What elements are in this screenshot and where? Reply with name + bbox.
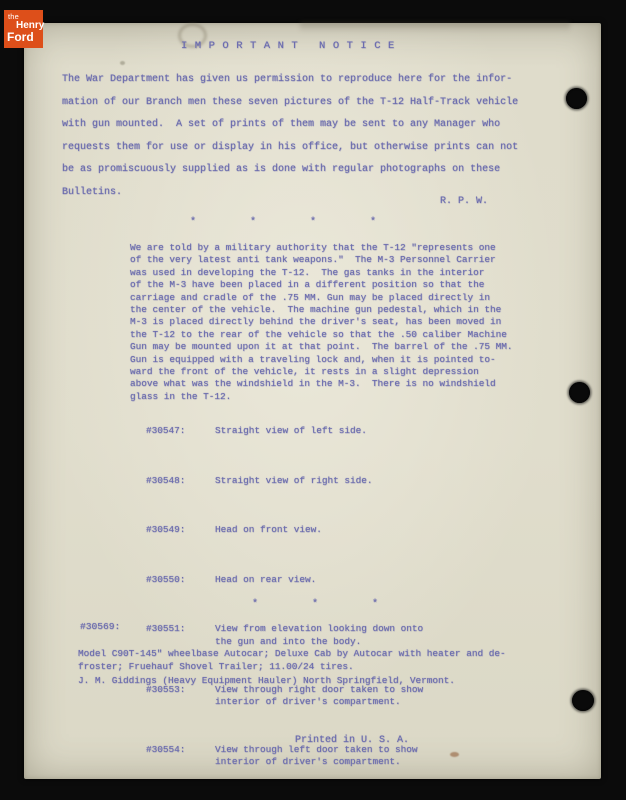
document-page: I M P O R T A N T N O T I C E The War De… xyxy=(24,23,601,779)
photo-number: #30549: xyxy=(146,524,215,535)
scanned-document-view: I M P O R T A N T N O T I C E The War De… xyxy=(0,0,626,800)
photo-number: #30554: xyxy=(146,744,215,755)
photo-description: View from elevation looking down onto th… xyxy=(215,623,423,648)
list-item: #30548: Straight view of right side. xyxy=(146,475,456,488)
intro-paragraph: The War Department has given us permissi… xyxy=(62,69,557,205)
photo-description: View through left door taken to show int… xyxy=(215,744,418,769)
photo-description: Straight view of right side. xyxy=(215,475,373,488)
list-item: #30554: View through left door taken to … xyxy=(146,744,456,769)
description-paragraph: We are told by a military authority that… xyxy=(130,242,532,403)
photo-description: Head on front view. xyxy=(215,524,322,537)
list-item: #30553: View through right door taken to… xyxy=(146,684,456,709)
punch-hole xyxy=(572,690,594,711)
photo-number: #30548: xyxy=(146,475,215,486)
list-item: #30551: View from elevation looking down… xyxy=(146,623,456,648)
document-title: I M P O R T A N T N O T I C E xyxy=(181,40,395,52)
asterisk-separator-bottom: * * * xyxy=(252,599,378,610)
photo-number: #30551: xyxy=(146,623,215,634)
photo-description: Head on rear view. xyxy=(215,574,316,587)
bulletin-item-number: #30569: xyxy=(80,621,120,632)
truck-model-description: Model C90T-145" wheelbase Autocar; Delux… xyxy=(78,647,543,687)
list-item: #30549: Head on front view. xyxy=(146,524,456,537)
logo-text-ford: Ford xyxy=(7,30,34,44)
punch-hole xyxy=(566,88,587,109)
list-item: #30550: Head on rear view. xyxy=(146,574,456,587)
photo-description: View through right door taken to show in… xyxy=(215,684,423,709)
signature-initials: R. P. W. xyxy=(440,196,488,207)
list-item: #30547: Straight view of left side. xyxy=(146,425,456,438)
asterisk-separator-top: * * * * xyxy=(190,217,376,228)
punch-hole xyxy=(569,382,590,403)
photo-description: Straight view of left side. xyxy=(215,425,367,438)
henry-ford-logo: the Henry Ford xyxy=(4,10,43,48)
photo-number: #30547: xyxy=(146,425,215,436)
printed-in-usa-line: Printed in U. S. A. xyxy=(295,735,409,746)
paper-speck xyxy=(120,61,125,65)
top-edge-smudge xyxy=(300,22,570,32)
photo-number: #30550: xyxy=(146,574,215,585)
